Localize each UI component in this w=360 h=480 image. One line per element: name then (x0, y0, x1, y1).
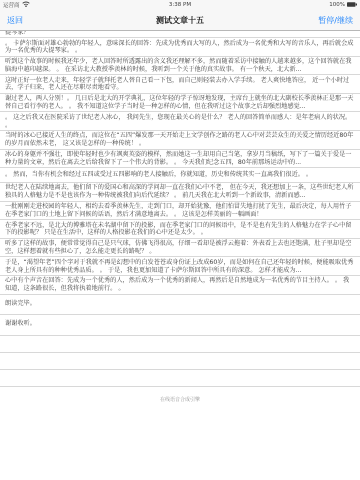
article-row-partial: 提琴家？ (0, 31, 360, 38)
article-row: 。 卡萨尔斯面对雄心勃勃的年轻人，意味深长的回答：先成为优秀而大写的人，然后成为… (0, 38, 360, 57)
article-row-empty (0, 336, 360, 353)
navigation-bar: 测试文章十五 返回 暂停/继续 (0, 10, 360, 31)
article-row: 。 这之后我又在医院采访了世纪老人冰心， 我问先生，您现在最关心的是什么？ 老人… (0, 112, 360, 131)
article-row-thanks: 谢谢收听。 (0, 315, 360, 336)
back-button[interactable]: 返回 (7, 15, 23, 26)
article-row: 。 然而，当你有机会和经过五四或受过五四影响的老人接触后，你就知道，历史和传统其… (0, 168, 360, 183)
article-row: 听多了这样的故事，便常常觉得自己是只气球，仿佛飞得很高，仔细一看却是被浮云拖着：… (0, 239, 360, 258)
status-bar: 运营商 3:38 PM 100% (0, 0, 360, 10)
article-row: 冰心的身躯并不强壮，即使年轻时也少有飒爽英姿的模样，然而她这一生却用自己当笔，拿… (0, 150, 360, 169)
article-table[interactable]: 提琴家？ 。 卡萨尔斯面对雄心勃勃的年轻人，意味深长的回答：先成为优秀而大写的人… (0, 31, 360, 387)
article-row-finished: 朗读完毕。 (0, 295, 360, 316)
article-row: 一批刚刚走进校园的年轻人，相约去看季羡林先生，走到门口，却开始犹豫，他们怕冒失地… (0, 202, 360, 221)
page-title: 测试文章十五 (0, 15, 360, 26)
article-row-empty (0, 370, 360, 387)
status-time: 3:38 PM (0, 2, 360, 8)
article-row: 谢过老人，两人分别！。 几日后是北大的开学典礼，这位年轻的学子惊讶地发现，主席台… (0, 94, 360, 113)
article-row: 心中有个声音在回答：先成为一个优秀的人，然后成为一个优秀的新闻人，再然后是自然地… (0, 276, 360, 295)
article-row-empty (0, 353, 360, 370)
article-row: 当时的冰心已接近人生的终点，而这位在“五四”爆发那一天开始走上文学创作之路的老人… (0, 131, 360, 150)
tts-engine-label: 在线语音合成引擎 (0, 396, 360, 403)
pause-resume-button[interactable]: 暂停/继续 (318, 15, 353, 26)
article-row: 于是，“渴望年老”四个字对于我就不再是幻想中的白发苍苍或身份证上改成60岁，而是… (0, 257, 360, 276)
article-row: 听到这个故事的时候我还年少，老人回答时所透露出的含义我还理解不多，然而随着采访中… (0, 57, 360, 76)
article-row: 世纪老人在陆续地离去，他们留下的爱国心和高深的学问却一直在我们心中不老， 但在今… (0, 183, 360, 202)
article-row: 这时正好一位老人走来，年轻学子就拜托老人替自己看一下包，而自己则轻装去办入学手续… (0, 75, 360, 94)
article-row: 在季老家不远，是北大的博雅塔在未名湖中留下的投影，而在季老家门口的问候语中，是不… (0, 220, 360, 239)
